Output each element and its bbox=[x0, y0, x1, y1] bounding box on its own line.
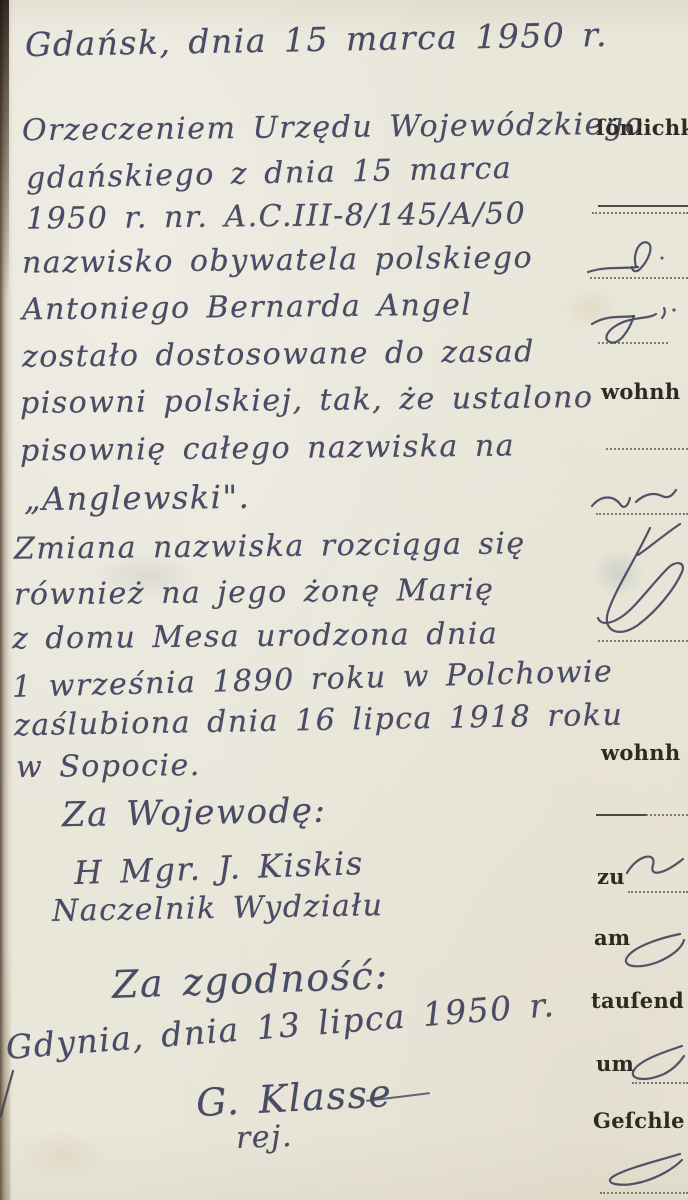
body-line: zostało dostosowane do zasad bbox=[22, 334, 535, 374]
form-rule-line bbox=[598, 205, 688, 207]
form-dotted-line bbox=[606, 448, 688, 450]
body-line: zaślubiona dnia 16 lipca 1918 roku bbox=[14, 698, 624, 744]
body-line: Antoniego Bernarda Angel bbox=[22, 288, 473, 328]
paper-stain bbox=[18, 1130, 108, 1180]
body-line: pisownię całego nazwiska na bbox=[20, 428, 515, 468]
signature-name: H Mgr. J. Kiskis bbox=[73, 844, 364, 892]
certification-label: Za zgodność: bbox=[111, 953, 389, 1007]
pen-slash-mark bbox=[0, 1068, 16, 1120]
body-line: „Anglewski". bbox=[24, 478, 251, 518]
signature-flourish bbox=[598, 1148, 688, 1194]
signature-flourish bbox=[588, 476, 688, 518]
body-line: z domu Mesa urodzona dnia bbox=[12, 616, 499, 656]
body-line: Zmiana nazwiska rozciąga się bbox=[14, 526, 526, 566]
form-label-wohnhaft: wohnh bbox=[601, 379, 680, 404]
signed-for-label: Za Wojewodę: bbox=[62, 791, 327, 836]
signature-flourish bbox=[618, 928, 688, 980]
certifier-title: rej. bbox=[235, 1119, 293, 1156]
body-line: w Sopocie. bbox=[16, 748, 201, 785]
body-line: również na jego żonę Marię bbox=[14, 572, 495, 612]
certifier-name: G. Klasse bbox=[195, 1071, 393, 1125]
signature-flourish bbox=[586, 236, 688, 288]
signature-flourish bbox=[590, 296, 688, 358]
form-label-tausend: tauſend bbox=[591, 988, 684, 1013]
body-line: 1 września 1890 roku w Polchowie bbox=[12, 654, 614, 705]
form-dotted-line bbox=[592, 212, 688, 214]
body-line: pisowni polskiej, tak, że ustalono bbox=[20, 380, 594, 421]
body-line: 1950 r. nr. A.C.III-8/145/A/50 bbox=[26, 196, 527, 236]
book-edge-shadow-top bbox=[0, 0, 9, 300]
body-line: nazwisko obywatela polskiego bbox=[22, 240, 533, 280]
form-label-zu: zu bbox=[597, 864, 625, 889]
signature-flourish bbox=[626, 1038, 688, 1094]
signature-flourish bbox=[623, 843, 688, 899]
body-line: gdańskiego z dnia 15 marca bbox=[26, 151, 513, 196]
scanned-register-page: Gdańsk, dnia 15 marca 1950 r. Orzeczenie… bbox=[0, 0, 688, 1200]
signature-flourish bbox=[578, 518, 688, 646]
form-label-wohnhaft: wohnh bbox=[601, 740, 680, 765]
signature-title: Naczelnik Wydziału bbox=[52, 888, 384, 929]
form-dotted-line bbox=[646, 814, 688, 816]
body-line: Orzeczeniem Urzędu Wojewódzkiego bbox=[22, 107, 645, 149]
form-rule-line bbox=[596, 814, 646, 816]
form-label-geschlecht: Geſchle bbox=[593, 1108, 685, 1133]
form-label-persoenlichkeit: ſönlichk bbox=[596, 115, 688, 140]
dateline-heading: Gdańsk, dnia 15 marca 1950 r. bbox=[25, 15, 608, 64]
